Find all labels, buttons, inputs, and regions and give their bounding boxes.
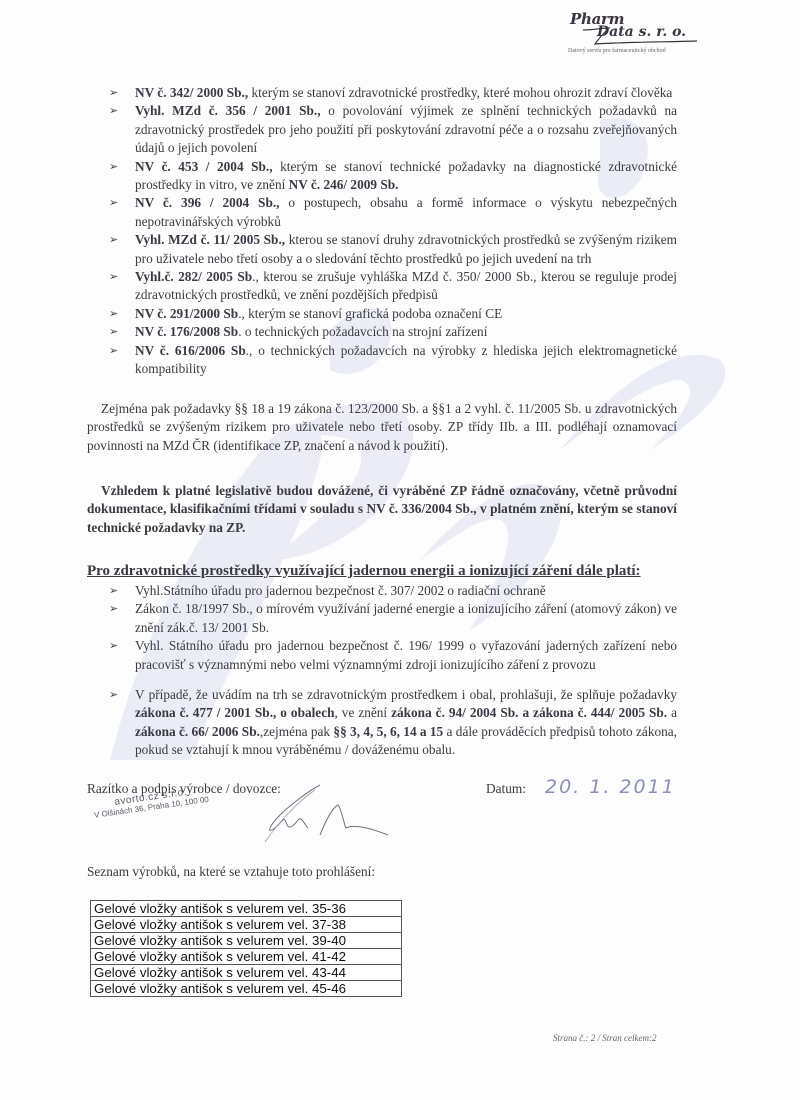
- arrow-bullet-icon: ➢: [109, 84, 118, 102]
- product-name-cell: Gelové vložky antišok s velurem vel. 39-…: [91, 933, 402, 949]
- products-table: Gelové vložky antišok s velurem vel. 35-…: [90, 900, 402, 997]
- arrow-bullet-icon: ➢: [109, 600, 118, 618]
- regulation-item: ➢Vyhl. MZd č. 11/ 2005 Sb., kterou se st…: [109, 231, 677, 268]
- product-name-cell: Gelové vložky antišok s velurem vel. 43-…: [91, 965, 402, 981]
- date-label: Datum:: [486, 781, 526, 797]
- product-name-cell: Gelové vložky antišok s velurem vel. 41-…: [91, 949, 402, 965]
- arrow-bullet-icon: ➢: [109, 342, 118, 360]
- products-list-label: Seznam výrobků, na které se vztahuje tot…: [87, 864, 375, 880]
- table-row: Gelové vložky antišok s velurem vel. 43-…: [91, 965, 402, 981]
- product-name-cell: Gelové vložky antišok s velurem vel. 45-…: [91, 981, 402, 997]
- logo-data: Data s. r. o.: [597, 24, 686, 40]
- regulations-list: ➢NV č. 342/ 2000 Sb., kterým se stanoví …: [109, 84, 677, 379]
- regulation-item: ➢Vyhl. MZd č. 356 / 2001 Sb., o povolová…: [109, 102, 677, 157]
- arrow-bullet-icon: ➢: [109, 102, 118, 120]
- arrow-bullet-icon: ➢: [109, 305, 118, 323]
- page-counter: Strana č.: 2 / Stran celkem:2: [553, 1033, 656, 1043]
- arrow-bullet-icon: ➢: [109, 686, 118, 704]
- handwritten-signature: [220, 780, 390, 850]
- nuclear-regulation-item: ➢Zákon č. 18/1997 Sb., o mírovém využívá…: [109, 600, 677, 637]
- regulation-item: ➢NV č. 396 / 2004 Sb., o postupech, obsa…: [109, 194, 677, 231]
- handwritten-date: 20. 1. 2011: [545, 776, 676, 798]
- table-row: Gelové vložky antišok s velurem vel. 39-…: [91, 933, 402, 949]
- regulation-item: ➢NV č. 616/2006 Sb., o technických požad…: [109, 342, 677, 379]
- nuclear-regulation-item: ➢Vyhl. Státního úřadu pro jadernou bezpe…: [109, 637, 677, 674]
- packaging-item: ➢ V případě, že uvádím na trh se zdravot…: [109, 686, 677, 760]
- labelling-paragraph: Vzhledem k platné legislativě budou dová…: [87, 482, 677, 537]
- table-row: Gelové vložky antišok s velurem vel. 41-…: [91, 949, 402, 965]
- table-row: Gelové vložky antišok s velurem vel. 37-…: [91, 917, 402, 933]
- regulation-item: ➢NV č. 453 / 2004 Sb., kterým se stanoví…: [109, 158, 677, 195]
- table-row: Gelové vložky antišok s velurem vel. 45-…: [91, 981, 402, 997]
- arrow-bullet-icon: ➢: [109, 194, 118, 212]
- table-row: Gelové vložky antišok s velurem vel. 35-…: [91, 901, 402, 917]
- arrow-bullet-icon: ➢: [109, 268, 118, 286]
- regulation-item: ➢NV č. 291/2000 Sb., kterým se stanoví g…: [109, 305, 677, 323]
- packaging-list: ➢ V případě, že uvádím na trh se zdravot…: [109, 686, 677, 760]
- regulation-item: ➢NV č. 342/ 2000 Sb., kterým se stanoví …: [109, 84, 677, 102]
- company-logo: Pharm Data s. r. o. Datový servis pro fa…: [565, 6, 705, 61]
- requirements-paragraph: Zejména pak požadavky §§ 18 a 19 zákona …: [87, 400, 677, 455]
- arrow-bullet-icon: ➢: [109, 323, 118, 341]
- nuclear-regulation-item: ➢Vyhl.Státního úřadu pro jadernou bezpeč…: [109, 582, 677, 600]
- arrow-bullet-icon: ➢: [109, 637, 118, 655]
- arrow-bullet-icon: ➢: [109, 158, 118, 176]
- arrow-bullet-icon: ➢: [109, 582, 118, 600]
- logo-tagline: Datový servis pro farmaceutický obchod: [568, 48, 666, 54]
- regulation-item: ➢Vyhl.č. 282/ 2005 Sb., kterou se zrušuj…: [109, 268, 677, 305]
- product-name-cell: Gelové vložky antišok s velurem vel. 37-…: [91, 917, 402, 933]
- product-name-cell: Gelové vložky antišok s velurem vel. 35-…: [91, 901, 402, 917]
- arrow-bullet-icon: ➢: [109, 231, 118, 249]
- nuclear-regulations-list: ➢Vyhl.Státního úřadu pro jadernou bezpeč…: [109, 582, 677, 674]
- nuclear-section-title: Pro zdravotnické prostředky využívající …: [87, 563, 641, 580]
- regulation-item: ➢NV č. 176/2008 Sb. o technických požada…: [109, 323, 677, 341]
